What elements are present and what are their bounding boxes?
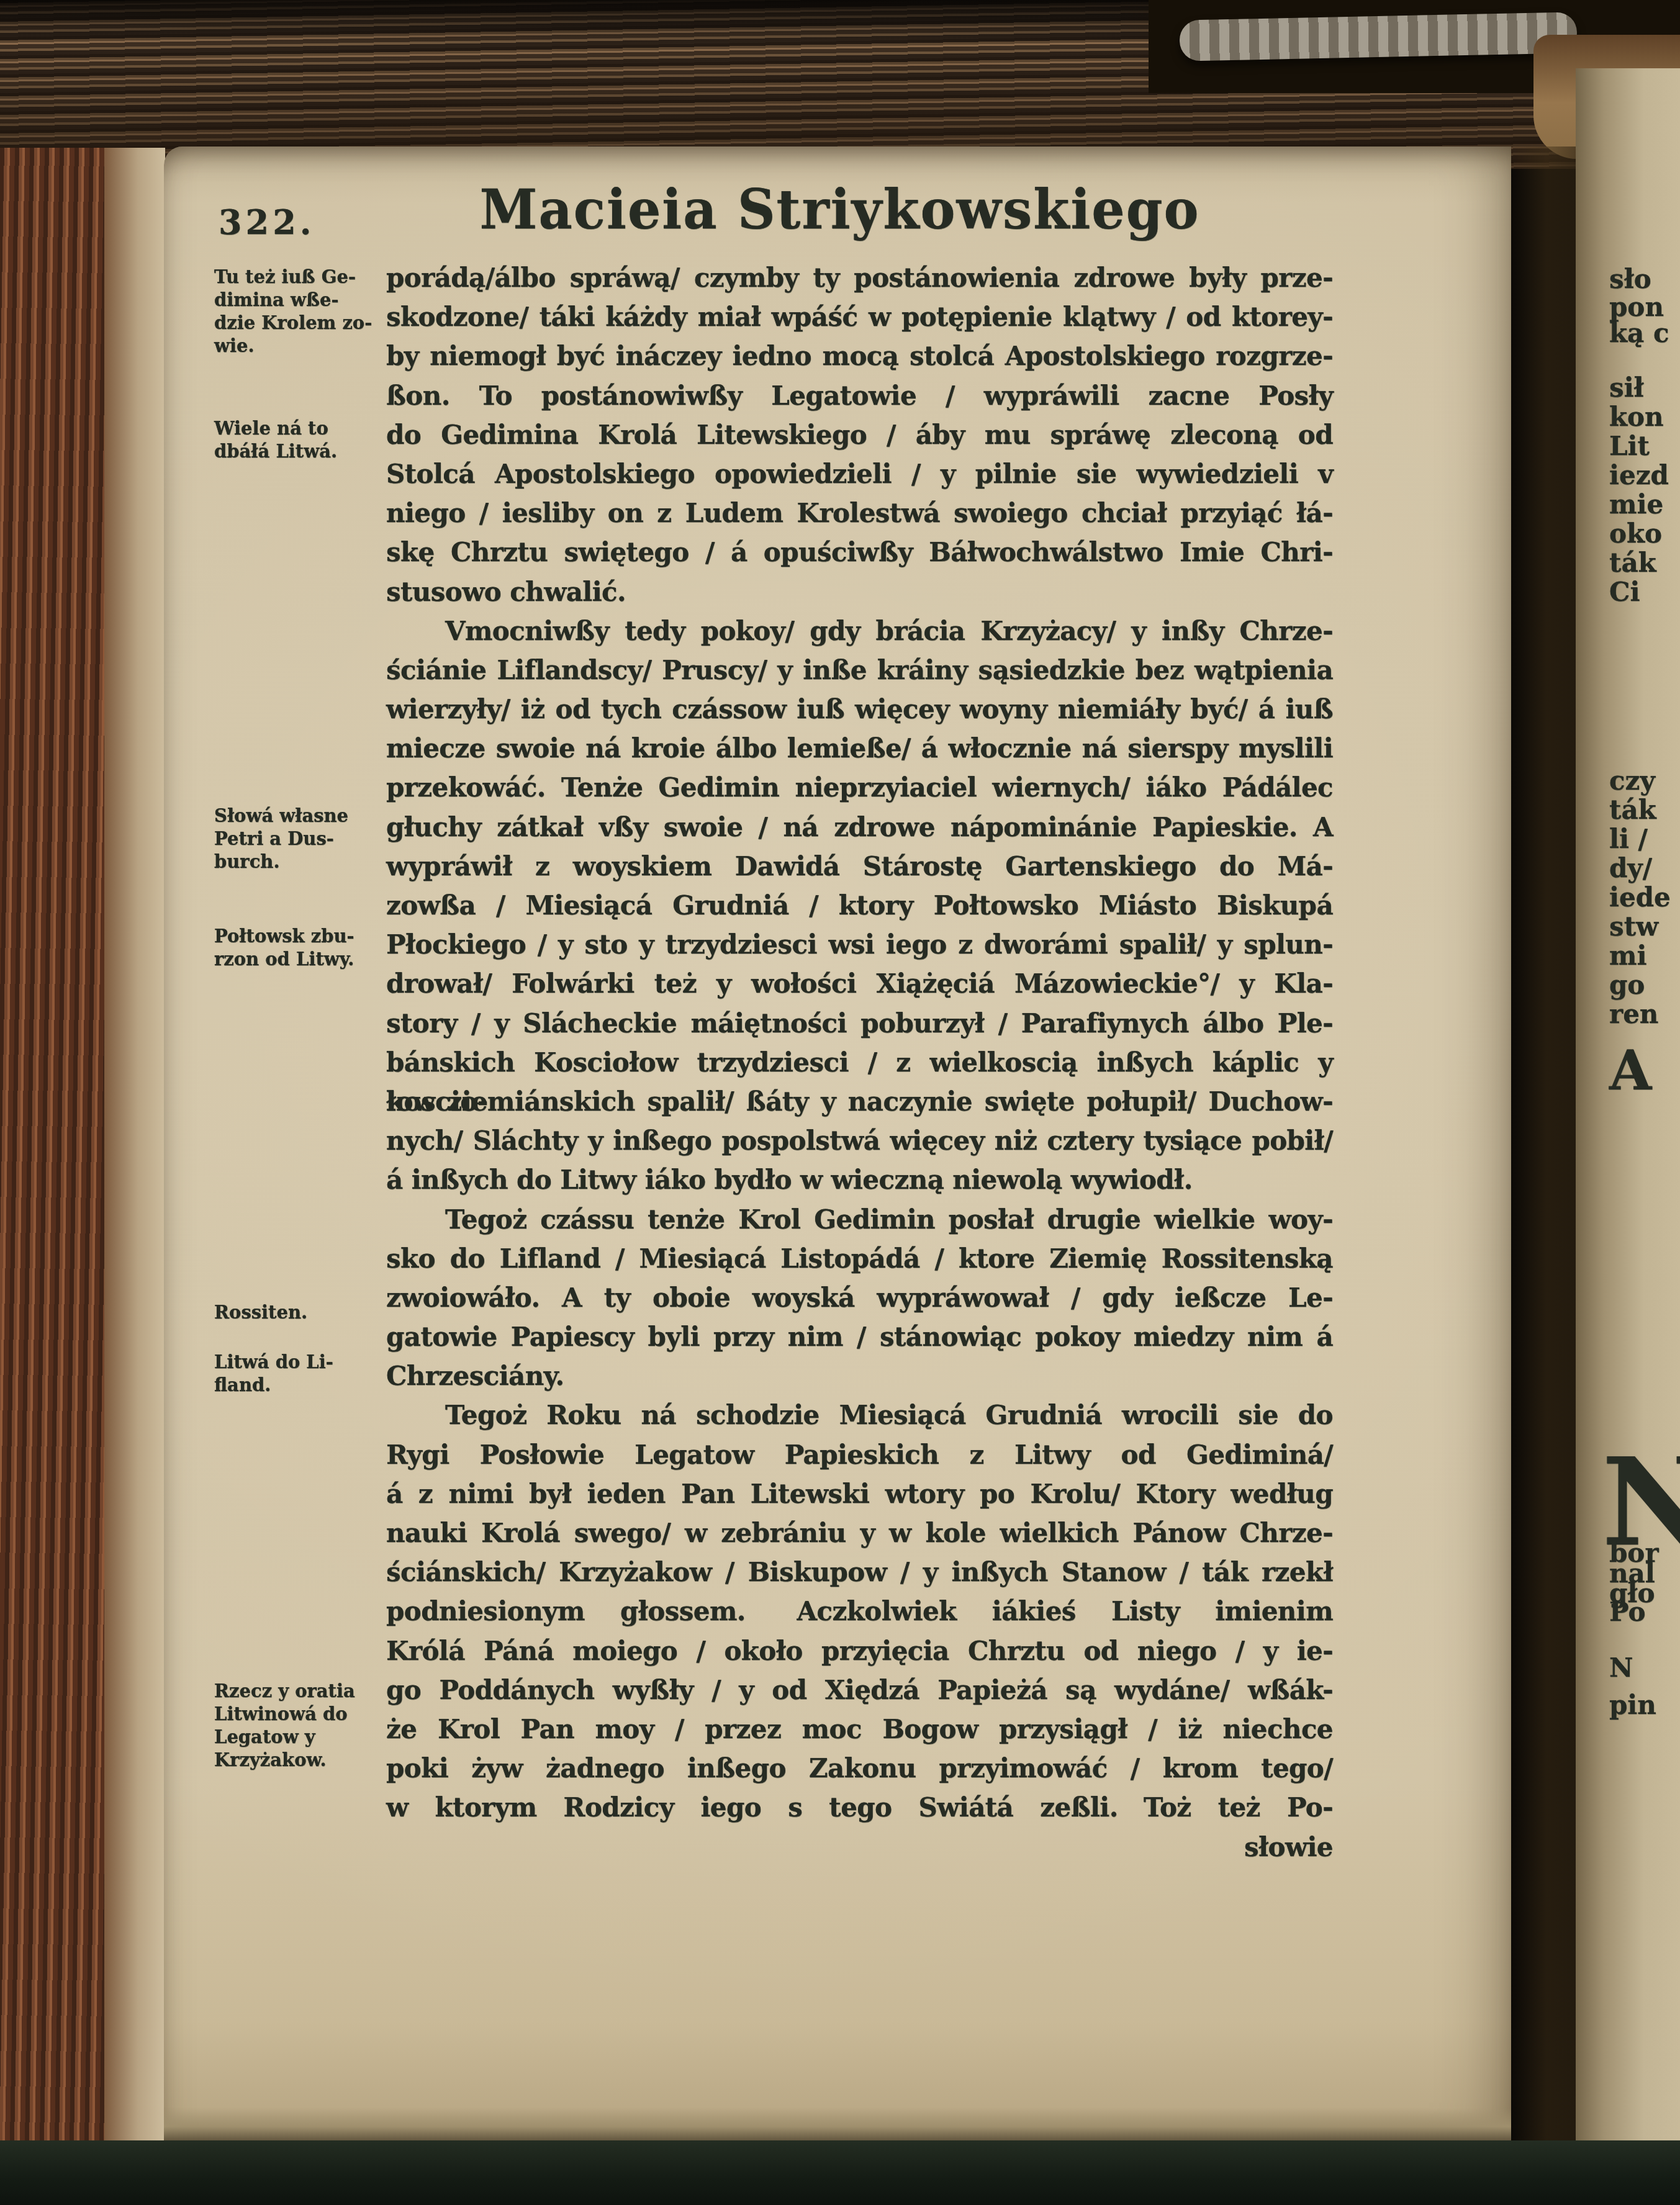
left-page-edges <box>0 148 104 2148</box>
body-line: nauki Krolá swego/ w zebrániu y w kole w… <box>386 1513 1333 1553</box>
body-line: Stolcá Apostolskiego opowiedzieli / y pi… <box>386 454 1333 494</box>
body-line: nych/ Sláchty y inßego pospolstwá więcey… <box>386 1121 1333 1160</box>
body-line: wierzyły/ iż od tych czássow iuß więcey … <box>386 690 1333 729</box>
body-line: głuchy zátkał vßy swoie / ná zdrowe nápo… <box>386 808 1333 847</box>
body-line: w ktorym Rodzicy iego s tego Swiátá zeßl… <box>386 1788 1333 1827</box>
body-line: ßon. To postánowiwßy Legatowie / wypráwi… <box>386 376 1333 415</box>
table-background <box>0 2140 1680 2205</box>
body-text-column: porádą/álbo spráwą/ czymby ty postánowie… <box>386 258 1333 1867</box>
headband <box>1179 12 1577 61</box>
body-line: poki żyw żadnego inßego Zakonu przyimowá… <box>386 1749 1333 1788</box>
body-line: ściánskich/ Krzyżakow / Biskupow / y inß… <box>386 1553 1333 1592</box>
body-line: Tegoż czássu tenże Krol Gedimin posłał d… <box>386 1200 1333 1239</box>
body-line: ściánie Liflandscy/ Pruscy/ y inße kráin… <box>386 651 1333 690</box>
running-header: Macieia Striykowskiego <box>348 178 1332 241</box>
body-line: do Gedimina Krolá Litewskiego / áby mu s… <box>386 415 1333 454</box>
body-line: łow ziemiánskich spalił/ ßáty y naczynie… <box>386 1082 1333 1121</box>
body-line: słowie <box>386 1828 1333 1867</box>
body-line: porádą/álbo spráwą/ czymby ty postánowie… <box>386 258 1333 297</box>
body-line: Płockiego / y sto y trzydziesci wsi iego… <box>386 925 1333 964</box>
body-line: niego / iesliby on z Ludem Krolestwá swo… <box>386 494 1333 533</box>
body-line: sko do Lifland / Miesiącá Listopádá / kt… <box>386 1239 1333 1278</box>
body-line: Tegoż Roku ná schodzie Miesiącá Grudniá … <box>386 1396 1333 1435</box>
body-line: skę Chrztu swiętego / á opuściwßy Báłwoc… <box>386 533 1333 572</box>
body-line: stusowo chwalić. <box>386 572 1333 611</box>
facing-page-strip <box>1576 68 1680 2142</box>
body-line: á z nimi był ieden Pan Litewski wtory po… <box>386 1474 1333 1513</box>
body-line: zowßa / Miesiącá Grudniá / ktory Połtows… <box>386 886 1333 925</box>
body-line: że Krol Pan moy / przez moc Bogow przysi… <box>386 1710 1333 1749</box>
body-line: Rygi Posłowie Legatow Papieskich z Litwy… <box>386 1435 1333 1474</box>
book-scan: 322. Macieia Striykowskiego Tu też iuß G… <box>0 0 1680 2205</box>
body-line: Królá Páná moiego / około przyięcia Chrz… <box>386 1631 1333 1671</box>
body-line: skodzone/ táki káżdy miał wpáść w potępi… <box>386 297 1333 336</box>
body-line: miecze swoie ná kroie álbo lemieße/ á wł… <box>386 729 1333 768</box>
body-line: przekowáć. Tenże Gedimin nieprzyiaciel w… <box>386 768 1333 807</box>
body-line: á inßych do Litwy iáko bydło w wieczną n… <box>386 1160 1333 1199</box>
body-line: podniesionym głossem. Aczkolwiek iákieś … <box>386 1592 1333 1631</box>
body-line: bánskich Kosciołow trzydziesci / z wielk… <box>386 1043 1333 1082</box>
gutter-shadow <box>1511 147 1576 2142</box>
body-line: wypráwił z woyskiem Dawidá Stárostę Gart… <box>386 847 1333 886</box>
body-line: by niemogł być ináczey iedno mocą stolcá… <box>386 336 1333 376</box>
body-line: zwoiowáło. A ty oboie woyská wypráwował … <box>386 1278 1333 1317</box>
body-line: Chrzesciány. <box>386 1356 1333 1396</box>
body-line: gatowie Papiescy byli przy nim / stánowi… <box>386 1317 1333 1356</box>
page-number: 322. <box>219 202 315 242</box>
page-edge-fade <box>104 148 165 2148</box>
body-line: go Poddánych wyßły / y od Xiędzá Papieżá… <box>386 1671 1333 1710</box>
body-line: drował/ Folwárki też y wołości Xiążęciá … <box>386 964 1333 1003</box>
body-line: story / y Slácheckie máiętności poburzył… <box>386 1004 1333 1043</box>
page-bottom-edge <box>164 2108 1511 2142</box>
body-line: Vmocniwßy tedy pokoy/ gdy brácia Krzyżac… <box>386 611 1333 651</box>
